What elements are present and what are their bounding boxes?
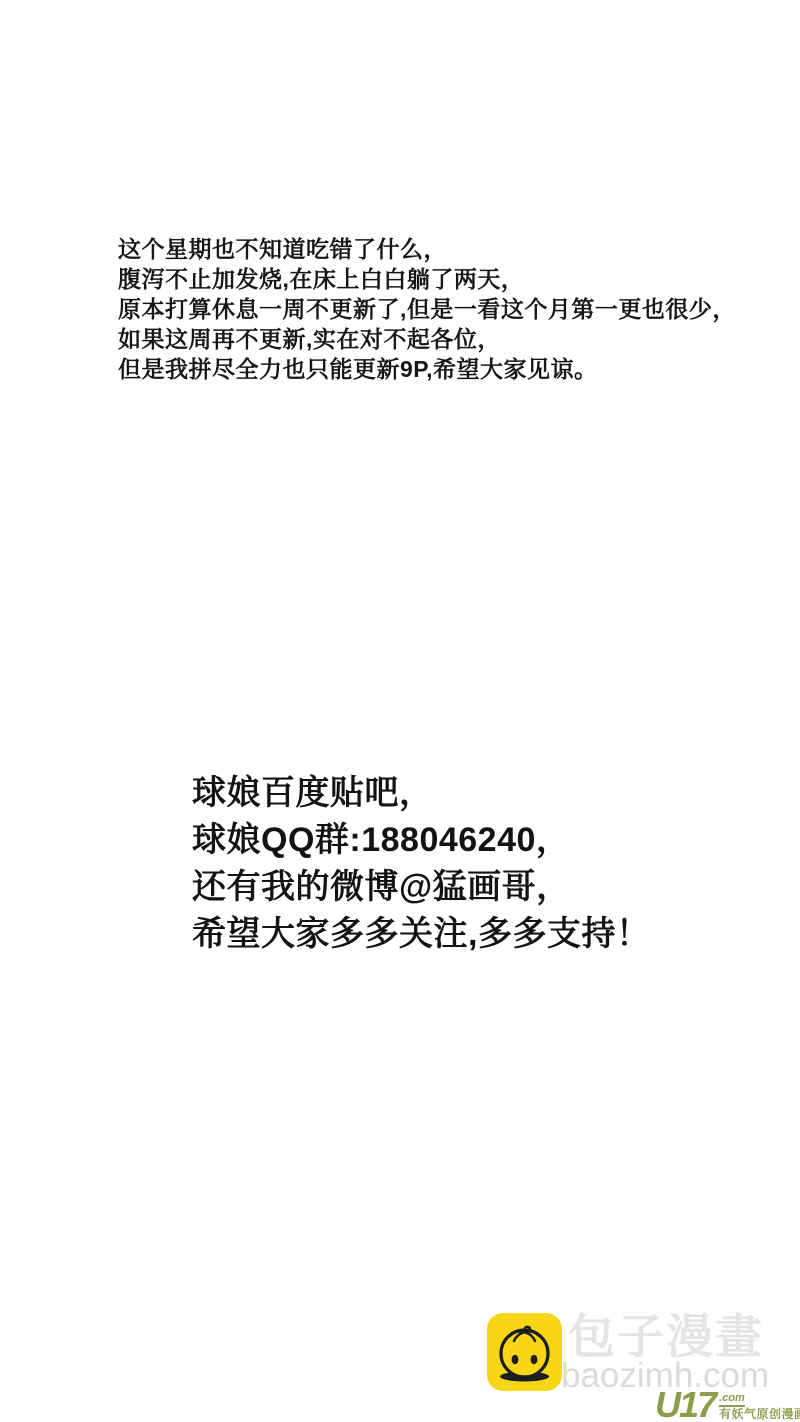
author-note-line: 原本打算休息一周不更新了,但是一看这个月第一更也很少， xyxy=(118,294,736,324)
author-note-line: 如果这周再不更新,实在对不起各位， xyxy=(118,324,736,354)
author-note-line: 这个星期也不知道吃错了什么， xyxy=(118,234,736,264)
contact-note-line: 还有我的微博@猛画哥， xyxy=(192,864,650,911)
author-note-line: 腹泻不止加发烧,在床上白白躺了两天， xyxy=(118,264,736,294)
u17-logo: U17 .com 有妖气原创漫画 xyxy=(655,1390,800,1421)
u17-logo-slogan: 有妖气原创漫画 xyxy=(719,1407,800,1421)
contact-note-line: 球娘百度贴吧， xyxy=(192,770,650,817)
contact-note-line: 希望大家多多关注,多多支持！ xyxy=(192,911,650,958)
author-note-line: 但是我拼尽全力也只能更新9P,希望大家见谅。 xyxy=(118,354,736,384)
baozi-bun-icon xyxy=(487,1313,562,1391)
contact-note: 球娘百度贴吧， 球娘QQ群:188046240， 还有我的微博@猛画哥， 希望大… xyxy=(192,770,650,958)
u17-logo-tld: .com xyxy=(719,1392,745,1407)
u17-logo-right: .com 有妖气原创漫画 xyxy=(719,1392,800,1421)
u17-logo-text: U17 xyxy=(655,1390,715,1420)
author-note: 这个星期也不知道吃错了什么， 腹泻不止加发烧,在床上白白躺了两天， 原本打算休息… xyxy=(118,234,736,384)
contact-note-line: 球娘QQ群:188046240， xyxy=(192,817,650,864)
comic-notice-page: 这个星期也不知道吃错了什么， 腹泻不止加发烧,在床上白白躺了两天， 原本打算休息… xyxy=(0,0,800,1422)
watermark-site-name: 包子漫畫 xyxy=(568,1312,764,1362)
